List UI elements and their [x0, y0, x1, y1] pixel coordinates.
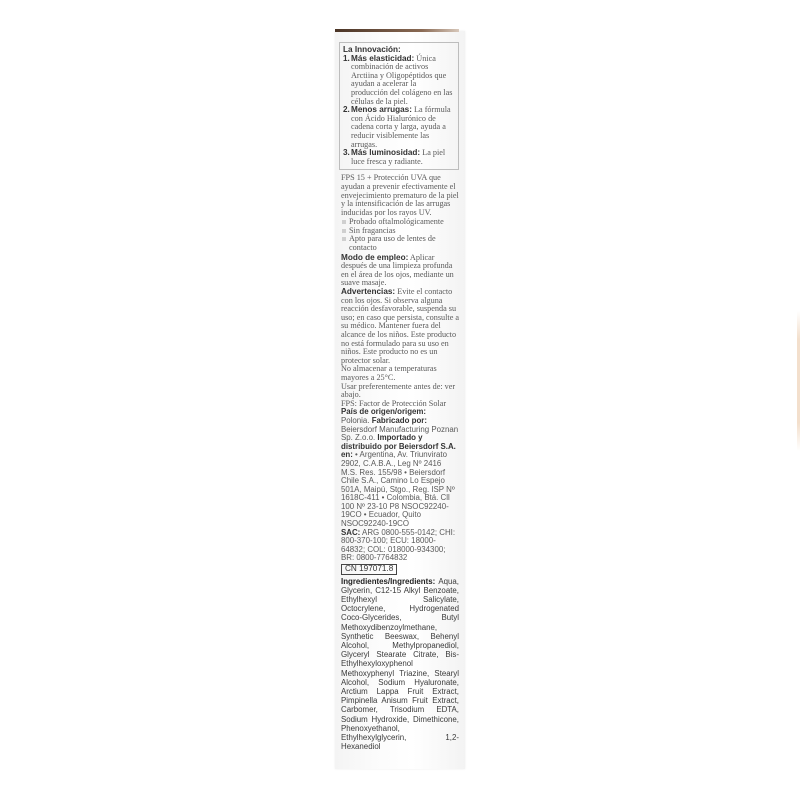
expiry-note: Usar preferentemente antes de: ver abajo… — [341, 383, 459, 400]
warnings: Advertencias: Evite el contacto con los … — [341, 288, 459, 365]
innovation-box: La Innovación: 1. Más elasticidad: Única… — [339, 42, 459, 170]
customer-service: SAC: ARG 0800-555-0142; CHI: 800-370-100… — [341, 529, 459, 563]
origin-info: País de origen/origem: Polonia. Fabricad… — [341, 408, 459, 528]
ingredients-list: Ingredientes/Ingredients: Aqua, Glycerin… — [341, 577, 459, 752]
item-text: Única combinación de activos Arctiina y … — [351, 54, 452, 106]
label-text: La Innovación: 1. Más elasticidad: Única… — [341, 42, 459, 751]
fps-paragraph: FPS 15 + Protección UVA que ayudan a pre… — [341, 174, 459, 217]
square-bullet-icon — [342, 237, 346, 241]
innovation-item: 1. Más elasticidad: Única combinación de… — [343, 55, 455, 107]
product-box-side-panel: La Innovación: 1. Más elasticidad: Única… — [335, 31, 465, 769]
square-bullet-icon — [342, 229, 346, 233]
innovation-item: 2. Menos arrugas: La fórmula con Ácido H… — [343, 106, 455, 149]
innovation-item: 3. Más luminosidad: La piel luce fresca … — [343, 149, 455, 166]
cn-code-box: CN 197071.8 — [341, 564, 397, 575]
item-number: 2. — [343, 106, 351, 149]
storage-note: No almacenar a temperaturas mayores a 25… — [341, 365, 459, 382]
feature-bullets: Probado oftalmológicamente Sin fragancia… — [341, 218, 459, 252]
bullet-item: Apto para uso de lentes de contacto — [341, 235, 459, 252]
box-top-edge — [335, 29, 459, 32]
square-bullet-icon — [342, 220, 346, 224]
item-number: 1. — [343, 55, 351, 107]
item-number: 3. — [343, 149, 351, 166]
usage-instructions: Modo de empleo: Aplicar después de una l… — [341, 254, 459, 288]
